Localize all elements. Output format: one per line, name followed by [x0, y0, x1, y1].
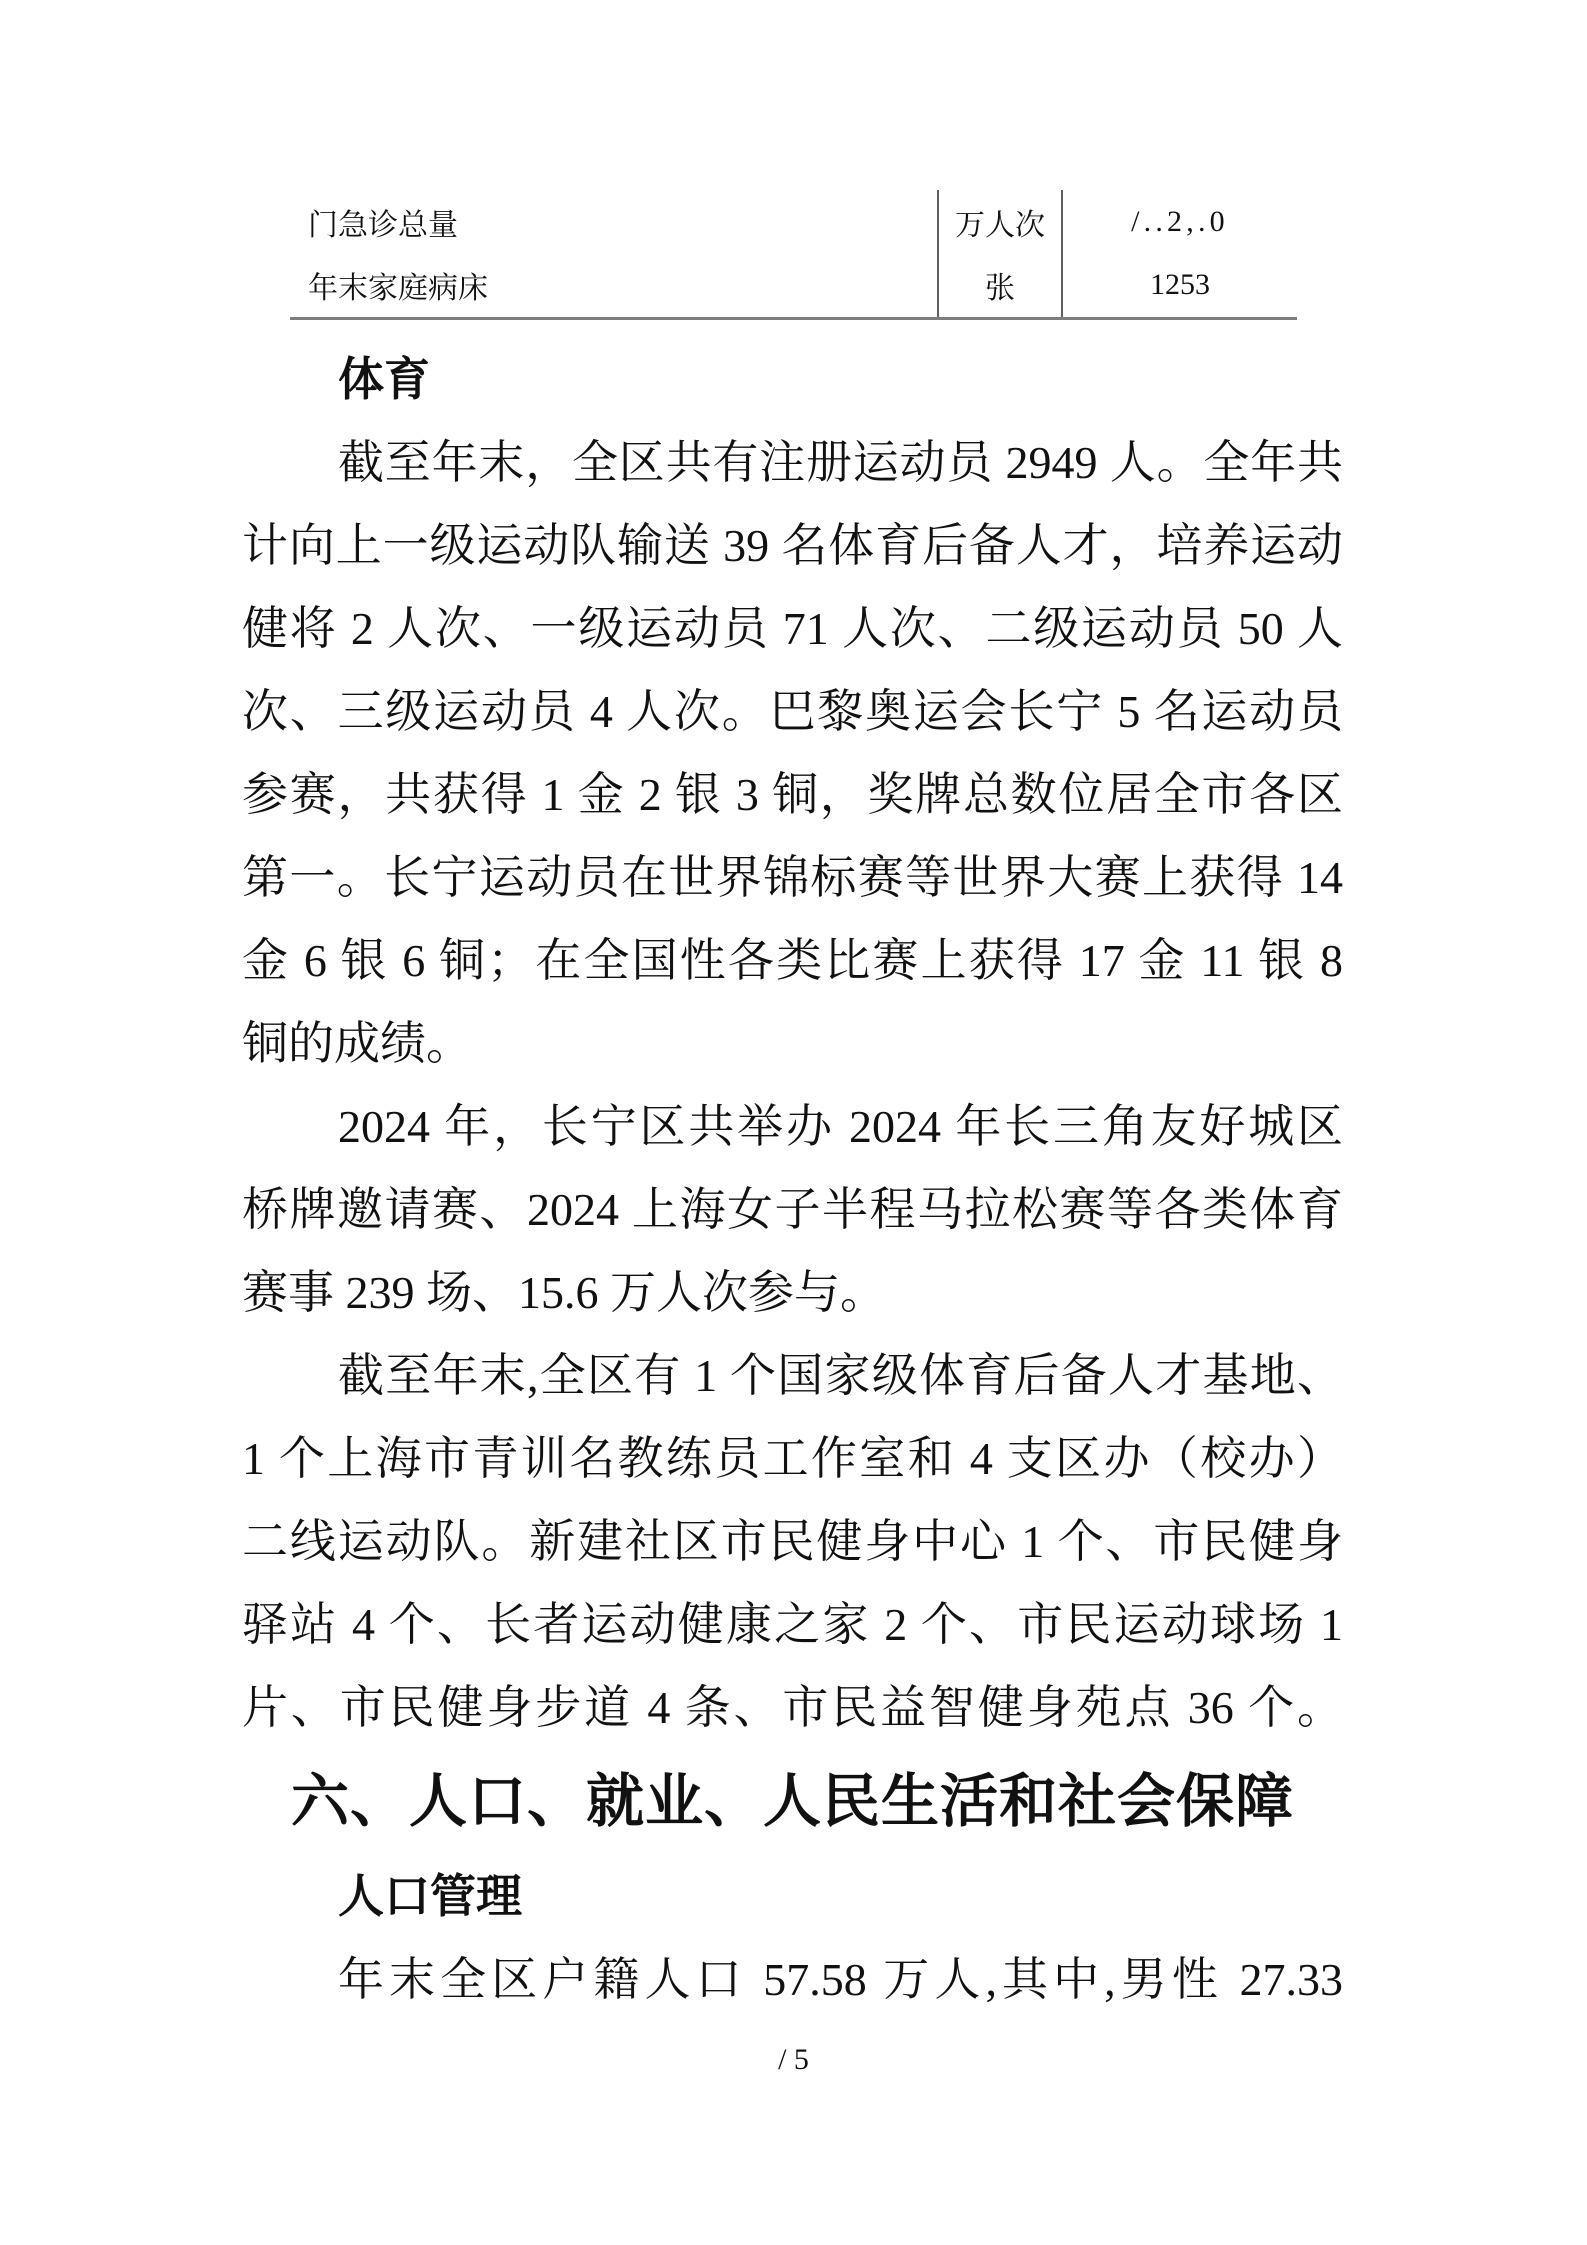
table-cell-indicator: 年末家庭病床 [290, 254, 937, 318]
statistics-table-fragment: 门急诊总量 万人次 /..2,.0 年末家庭病床 张 1253 [290, 190, 1297, 320]
paragraph-line: 1 个上海市青训名教练员工作室和 4 支区办（校办） [242, 1417, 1343, 1500]
paragraph-line: 金 6 银 6 铜；在全国性各类比赛上获得 17 金 11 银 8 [242, 919, 1343, 1002]
table-cell-value: 1253 [1063, 254, 1297, 318]
paragraph-line: 截至年末,全区有 1 个国家级体育后备人才基地、 [242, 1334, 1343, 1417]
table-cell-unit: 张 [937, 254, 1063, 318]
paragraph-line: 截至年末，全区共有注册运动员 2949 人。全年共 [242, 421, 1343, 504]
paragraph-line: 铜的成绩。 [242, 1002, 1343, 1085]
paragraph-line: 桥牌邀请赛、2024 上海女子半程马拉松赛等各类体育 [242, 1168, 1343, 1251]
section-heading-sports: 体育 [242, 338, 1343, 421]
paragraph-line: 健将 2 人次、一级运动员 71 人次、二级运动员 50 人 [242, 587, 1343, 670]
table-row: 年末家庭病床 张 1253 [290, 254, 1297, 318]
paragraph-line: 片、市民健身步道 4 条、市民益智健身苑点 36 个。 [242, 1666, 1343, 1749]
section-heading-population: 人口管理 [242, 1855, 1343, 1938]
table-cell-value: /..2,.0 [1063, 190, 1297, 254]
table-cell-unit: 万人次 [937, 190, 1063, 254]
table-row: 门急诊总量 万人次 /..2,.0 [290, 190, 1297, 254]
paragraph-line: 年末全区户籍人口 57.58 万人,其中,男性 27.33 [242, 1938, 1343, 2021]
paragraph-line: 次、三级运动员 4 人次。巴黎奥运会长宁 5 名运动员 [242, 670, 1343, 753]
chapter-heading: 六、人口、就业、人民生活和社会保障 [242, 1749, 1343, 1855]
paragraph-line: 二线运动队。新建社区市民健身中心 1 个、市民健身 [242, 1500, 1343, 1583]
page-number: / 5 [0, 2040, 1587, 2080]
paragraph-line: 参赛，共获得 1 金 2 银 3 铜，奖牌总数位居全市各区 [242, 753, 1343, 836]
document-page: 门急诊总量 万人次 /..2,.0 年末家庭病床 张 1253 体育 截至年末，… [0, 0, 1587, 2245]
table-cell-indicator: 门急诊总量 [290, 190, 937, 254]
paragraph-line: 计向上一级运动队输送 39 名体育后备人才，培养运动 [242, 504, 1343, 587]
paragraph-line: 驿站 4 个、长者运动健康之家 2 个、市民运动球场 1 [242, 1583, 1343, 1666]
paragraph-line: 2024 年，长宁区共举办 2024 年长三角友好城区 [242, 1085, 1343, 1168]
document-body: 体育 截至年末，全区共有注册运动员 2949 人。全年共 计向上一级运动队输送 … [242, 338, 1343, 2021]
paragraph-line: 赛事 239 场、15.6 万人次参与。 [242, 1251, 1343, 1334]
paragraph-line: 第一。长宁运动员在世界锦标赛等世界大赛上获得 14 [242, 836, 1343, 919]
